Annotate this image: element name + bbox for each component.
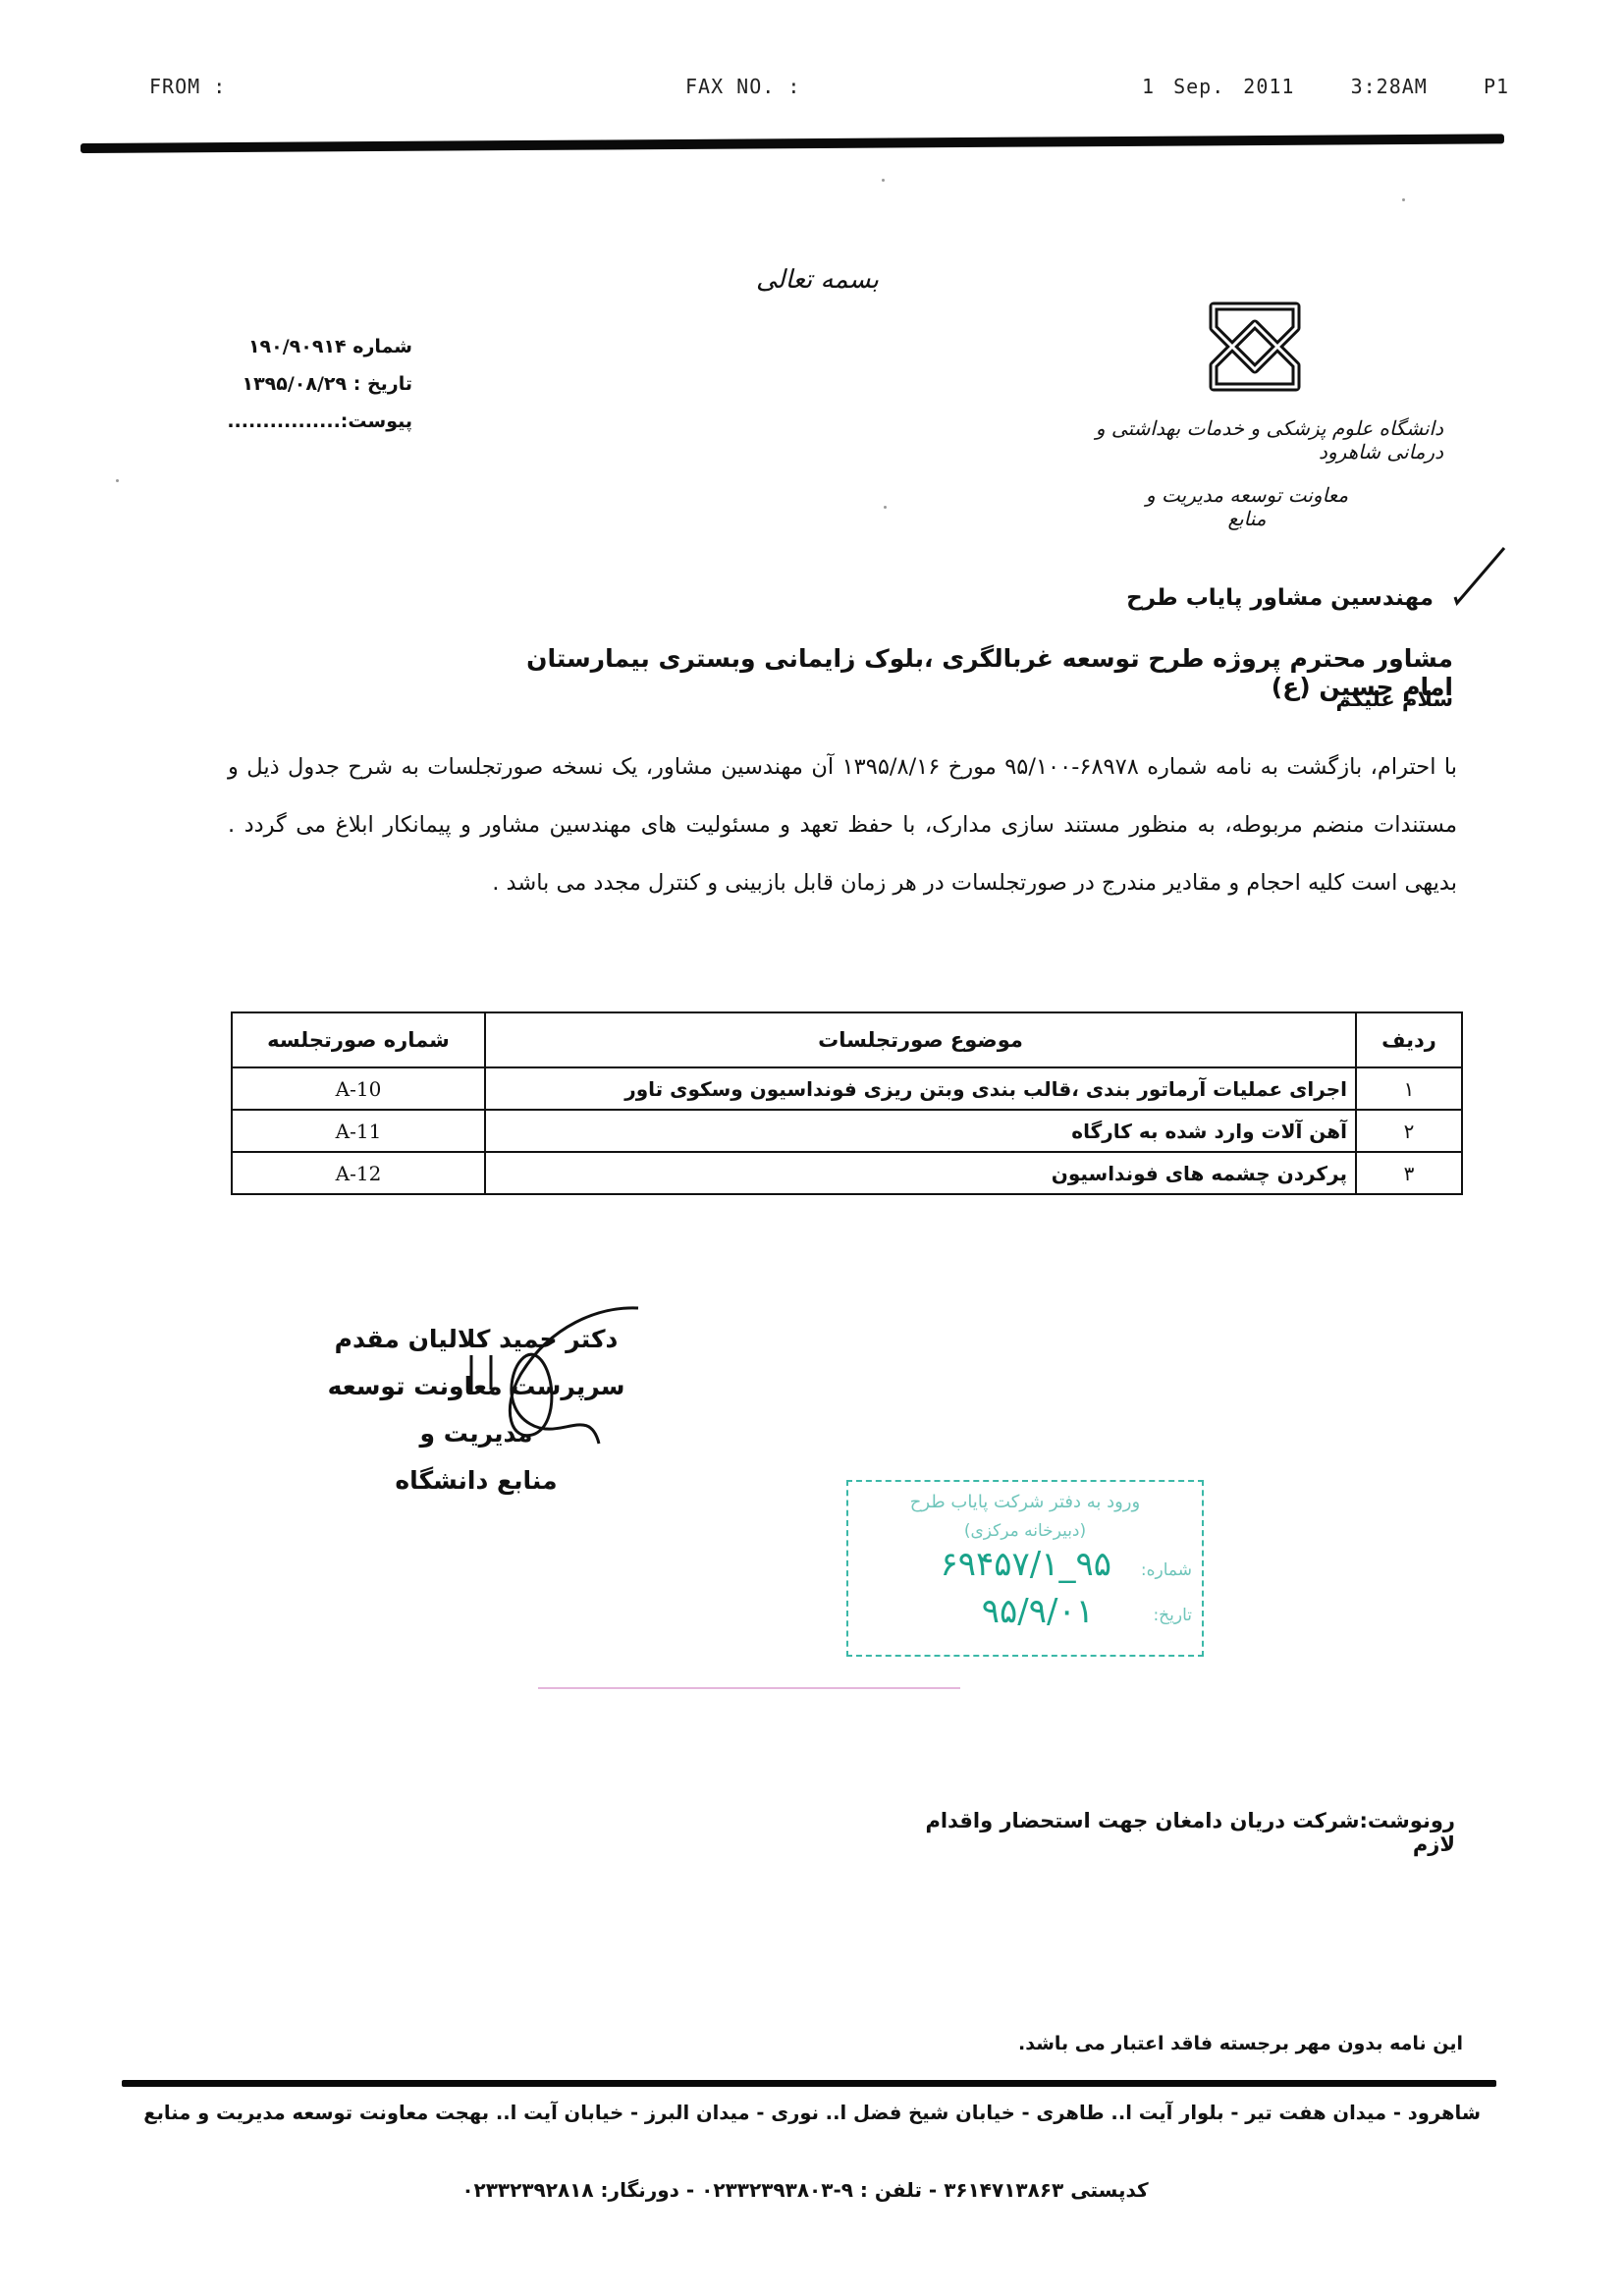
invocation: بسمه تعالی	[756, 265, 879, 295]
carbon-copy: رونوشت:شرکت دریان دامغان جهت استحضار واق…	[923, 1809, 1455, 1856]
minutes-table: ردیف موضوع صورتجلسات شماره صورتجلسه ۱ اج…	[231, 1011, 1463, 1195]
table-header-row: ردیف موضوع صورتجلسات شماره صورتجلسه	[232, 1012, 1462, 1067]
handwritten-tick-icon	[1443, 542, 1512, 611]
footer-address: شاهرود - میدان هفت تیر - بلوار آیت ا.. ط…	[128, 2102, 1481, 2124]
header-subject: موضوع صورتجلسات	[485, 1012, 1356, 1067]
signatory-title-cont: منابع دانشگاه	[285, 1457, 668, 1504]
scan-speck	[882, 179, 885, 182]
header-number: شماره صورتجلسه	[232, 1012, 485, 1067]
handwritten-signature-icon	[442, 1296, 658, 1453]
header-index: ردیف	[1356, 1012, 1462, 1067]
row-index: ۱	[1356, 1067, 1462, 1110]
fax-header-rule	[81, 134, 1504, 153]
stamp-number-label: شماره:	[1141, 1560, 1192, 1580]
row-number: A-11	[232, 1110, 485, 1152]
scan-speck	[1402, 198, 1405, 201]
letter-number-label: شماره	[352, 336, 412, 357]
decorative-line	[538, 1687, 960, 1689]
letter-number-value: ۱۹۰/۹۰۹۱۴	[248, 336, 347, 357]
validity-note: این نامه بدون مهر برجسته فاقد اعتبار می …	[1011, 2033, 1463, 2054]
department-name: معاونت توسعه مدیریت و منابع	[1129, 483, 1365, 530]
university-logo-icon	[1200, 293, 1310, 401]
greeting: سلام علیکم	[1080, 687, 1453, 711]
fax-time: 3:28AM	[1351, 75, 1428, 98]
receipt-stamp: ورود به دفتر شرکت پایاب طرح (دبیرخانه مر…	[846, 1480, 1204, 1657]
footer-contact: کدپستی ۳۶۱۴۷۱۳۸۶۳ - تلفن : ۹-۰۲۳۳۲۳۹۳۸۰۳…	[412, 2178, 1198, 2202]
letter-number: شماره ۱۹۰/۹۰۹۱۴	[216, 328, 412, 365]
letter-body: با احترام، بازگشت به نامه شماره ۶۸۹۷۸-۹۵…	[228, 738, 1457, 912]
letter-date-label: تاریخ :	[353, 373, 412, 395]
stamp-number-value: ۹۵_۶۹۴۵۷/۱	[940, 1545, 1111, 1584]
letter-date: تاریخ : ۱۳۹۵/۰۸/۲۹	[216, 365, 412, 403]
letter-attachment-value: ................	[227, 410, 340, 432]
table-row: ۳ پرکردن چشمه های فونداسیون A-12	[232, 1152, 1462, 1194]
row-subject: اجرای عملیات آرماتور بندی ،قالب بندی وبت…	[485, 1067, 1356, 1110]
stamp-subtitle: (دبیرخانه مرکزی)	[858, 1521, 1192, 1541]
letter-attachment: پیوست:................	[216, 403, 412, 440]
stamp-title: ورود به دفتر شرکت پایاب طرح	[858, 1492, 1192, 1512]
fax-from-label: FROM :	[149, 75, 226, 98]
fax-timestamp: 1 Sep. 2011 3:28AM P1	[1142, 75, 1509, 98]
letter-meta: شماره ۱۹۰/۹۰۹۱۴ تاریخ : ۱۳۹۵/۰۸/۲۹ پیوست…	[216, 328, 412, 440]
addressee: مهندسین مشاور پایاب طرح	[884, 585, 1434, 611]
row-index: ۲	[1356, 1110, 1462, 1152]
table-row: ۱ اجرای عملیات آرماتور بندی ،قالب بندی و…	[232, 1067, 1462, 1110]
letter-attachment-label: پیوست:	[341, 410, 412, 432]
table-row: ۲ آهن آلات وارد شده به کارگاه A-11	[232, 1110, 1462, 1152]
row-subject: پرکردن چشمه های فونداسیون	[485, 1152, 1356, 1194]
scan-speck	[884, 506, 887, 509]
row-index: ۳	[1356, 1152, 1462, 1194]
fax-date: 1 Sep. 2011	[1142, 75, 1294, 98]
scan-speck	[116, 479, 119, 482]
row-number: A-10	[232, 1067, 485, 1110]
fax-number-label: FAX NO. :	[685, 75, 800, 98]
university-name: دانشگاه علوم پزشکی و خدمات بهداشتی و درم…	[1060, 416, 1443, 464]
letter-date-value: ۱۳۹۵/۰۸/۲۹	[242, 373, 347, 395]
footer-rule	[122, 2080, 1496, 2087]
row-subject: آهن آلات وارد شده به کارگاه	[485, 1110, 1356, 1152]
fax-page: P1	[1484, 75, 1509, 98]
stamp-date-value: ۹۵/۹/۰۱	[982, 1592, 1094, 1631]
row-number: A-12	[232, 1152, 485, 1194]
stamp-date-label: تاریخ:	[1153, 1606, 1192, 1625]
